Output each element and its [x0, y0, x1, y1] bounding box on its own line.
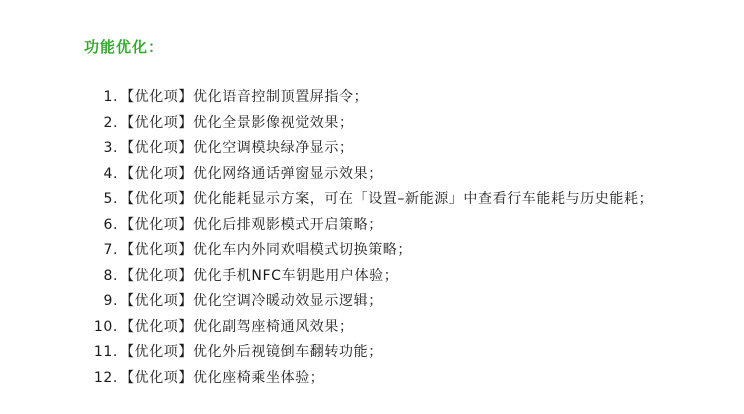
- item-text: 【优化项】优化语音控制顶置屏指令；: [120, 85, 720, 111]
- list-item: 3. 【优化项】优化空调模块绿净显示；: [0, 136, 744, 162]
- list-item: 1. 【优化项】优化语音控制顶置屏指令；: [0, 85, 744, 111]
- list-item: 5. 【优化项】优化能耗显示方案，可在「设置–新能源」中查看行车能耗与历史能耗；: [0, 187, 744, 213]
- item-text: 【优化项】优化外后视镜倒车翻转功能；: [120, 340, 720, 366]
- item-number: 1.: [0, 85, 118, 111]
- item-number: 11.: [0, 340, 118, 366]
- list-item: 12. 【优化项】优化座椅乘坐体验；: [0, 366, 744, 392]
- item-text: 【优化项】优化网络通话弹窗显示效果；: [120, 162, 720, 188]
- list-item: 6. 【优化项】优化后排观影模式开启策略；: [0, 213, 744, 239]
- item-number: 6.: [0, 213, 118, 239]
- item-number: 2.: [0, 111, 118, 137]
- item-text: 【优化项】优化车内外同欢唱模式切换策略；: [120, 238, 720, 264]
- item-text: 【优化项】优化能耗显示方案，可在「设置–新能源」中查看行车能耗与历史能耗；: [120, 187, 720, 213]
- list-item: 4. 【优化项】优化网络通话弹窗显示效果；: [0, 162, 744, 188]
- item-text: 【优化项】优化空调冷暖动效显示逻辑；: [120, 289, 720, 315]
- item-text: 【优化项】优化座椅乘坐体验；: [120, 366, 720, 392]
- item-text: 【优化项】优化副驾座椅通风效果；: [120, 315, 720, 341]
- item-number: 9.: [0, 289, 118, 315]
- item-text: 【优化项】优化后排观影模式开启策略；: [120, 213, 720, 239]
- list-item: 11. 【优化项】优化外后视镜倒车翻转功能；: [0, 340, 744, 366]
- item-text: 【优化项】优化手机NFC车钥匙用户体验；: [120, 264, 720, 290]
- list-item: 7. 【优化项】优化车内外同欢唱模式切换策略；: [0, 238, 744, 264]
- list-item: 10. 【优化项】优化副驾座椅通风效果；: [0, 315, 744, 341]
- item-number: 10.: [0, 315, 118, 341]
- list-item: 8. 【优化项】优化手机NFC车钥匙用户体验；: [0, 264, 744, 290]
- item-number: 5.: [0, 187, 118, 213]
- item-number: 3.: [0, 136, 118, 162]
- release-notes-page: 功能优化： 1. 【优化项】优化语音控制顶置屏指令； 2. 【优化项】优化全景影…: [0, 0, 744, 414]
- item-number: 7.: [0, 238, 118, 264]
- item-number: 4.: [0, 162, 118, 188]
- optimization-list: 1. 【优化项】优化语音控制顶置屏指令； 2. 【优化项】优化全景影像视觉效果；…: [0, 85, 744, 391]
- item-number: 12.: [0, 366, 118, 392]
- item-text: 【优化项】优化空调模块绿净显示；: [120, 136, 720, 162]
- item-text: 【优化项】优化全景影像视觉效果；: [120, 111, 720, 137]
- section-heading: 功能优化：: [84, 36, 164, 57]
- item-number: 8.: [0, 264, 118, 290]
- list-item: 2. 【优化项】优化全景影像视觉效果；: [0, 111, 744, 137]
- list-item: 9. 【优化项】优化空调冷暖动效显示逻辑；: [0, 289, 744, 315]
